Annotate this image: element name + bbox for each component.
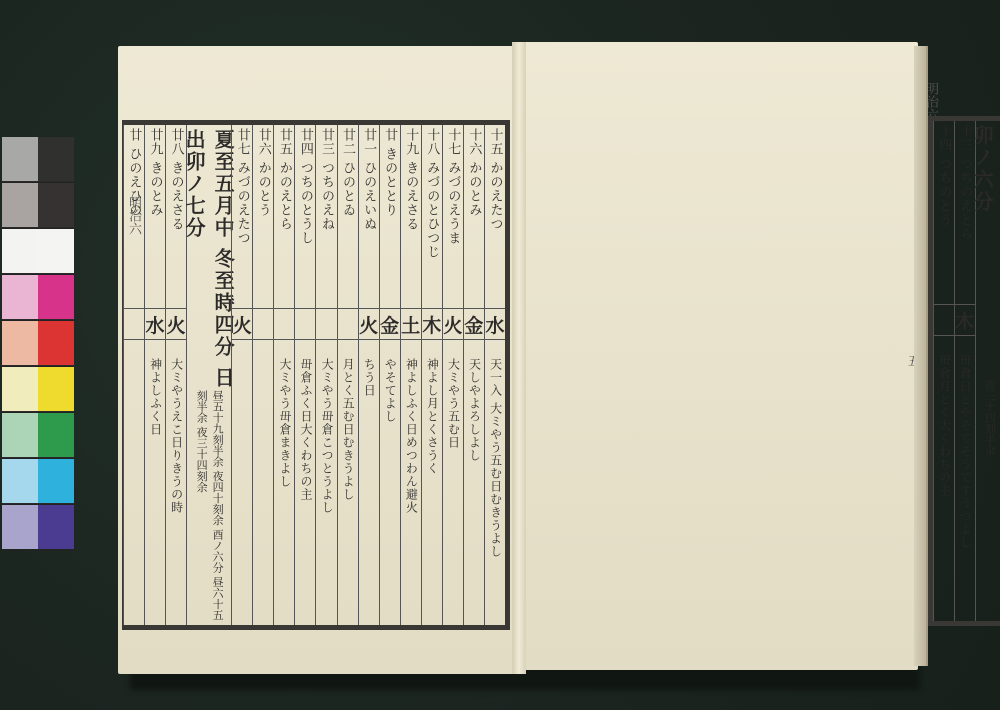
solar-term-column: 芒種五月廿ニ日暁時 日出卯ノ六分昼五十九刻半 夜四十刻半 酉ノ六分 昼六十五刻余… [975, 121, 1000, 621]
day-entry: 廿三 つちのえね [320, 125, 333, 308]
right-page: 明治六 五 五月大 建戊午 胃宿 心月ふう一 ひのえとら土毌倉めつわんつるとうく… [518, 42, 918, 670]
day-column: 廿 ひのえひの [123, 125, 144, 625]
day-column: 廿二 ひのとゐ月とく五む日むきうよし [337, 125, 358, 625]
page-edge [914, 46, 928, 666]
day-entry: 廿四 つちのとうし [299, 125, 312, 308]
day-column: 廿 きのととり金やそてよし [379, 125, 400, 625]
day-column: 廿一 ひのえいぬ火ちう日 [358, 125, 379, 625]
day-column: 十七 みづのえうま火大ミやう五む日 [442, 125, 463, 625]
day-column: 廿九 きのとみ水神よしふく日 [144, 125, 165, 625]
day-entry: 十五 かのえたつ [488, 125, 501, 308]
color-swatch [38, 367, 74, 411]
color-swatch-row [2, 229, 74, 275]
day-note: 天しやよろしよし [467, 340, 480, 462]
day-column: 十四 つちのとう毌倉月とく大くわちの主 [933, 121, 954, 621]
solar-term-title: 夏至五月中 冬至時四分 日出卯ノ七分 [180, 125, 238, 390]
element-marker: 金 [380, 308, 400, 340]
day-entry: 廿 きのととり [383, 125, 396, 308]
day-note: 月とく五む日むきうよし [341, 340, 354, 501]
left-page: 明治六 十五 かのえたつ水天一入 大ミやう五む日むきうよし十六 かのとみ金天しや… [118, 46, 518, 674]
color-swatch-row [2, 275, 74, 321]
day-entry: 十四 つちのとう [937, 121, 950, 304]
element-marker: 水 [485, 308, 505, 340]
element-marker: 金 [464, 308, 484, 340]
day-note: 大ミやう毌倉こつとうよし [320, 340, 333, 514]
day-column: 廿七 みづのえたつ火 [231, 125, 252, 625]
day-entry: 十七 みづのえうま [446, 125, 459, 308]
element-marker: 火 [359, 308, 379, 340]
color-swatch [2, 275, 38, 319]
element-marker [934, 304, 954, 336]
day-entry: 廿七 みづのえたつ [236, 125, 249, 308]
element-marker: 土 [401, 308, 421, 340]
day-column: 廿三 つちのえね大ミやう毌倉こつとうよし [315, 125, 336, 625]
element-marker [295, 308, 315, 340]
day-length-info: 昼五十九刻半余 夜四十刻余 酉ノ六分 昼六十五刻半余 夜三十四刻余 [193, 390, 225, 625]
color-swatch [2, 183, 38, 227]
color-swatch [38, 183, 74, 227]
right-page-grid: 五月大 建戊午 胃宿 心月ふう一 ひのえとら土毌倉めつわんつるとうくにまきは二 … [928, 116, 1000, 626]
solar-term-title: 芒種五月廿ニ日暁時 日出卯ノ六分 [968, 121, 1000, 379]
color-swatch [2, 229, 38, 273]
element-marker [124, 308, 144, 340]
color-swatch-row [2, 183, 74, 229]
color-swatch-row [2, 505, 74, 551]
day-entry: 十八 みづのとひつじ [425, 125, 438, 308]
color-swatch [38, 275, 74, 319]
day-entry: 十六 かのとみ [467, 125, 480, 308]
color-swatch [2, 413, 38, 457]
open-almanac-book: 明治六 十五 かのえたつ水天一入 大ミやう五む日むきうよし十六 かのとみ金天しや… [118, 42, 926, 682]
color-swatch [38, 137, 74, 181]
color-calibration-chart [2, 137, 74, 547]
solar-term-column: 夏至五月中 冬至時四分 日出卯ノ七分昼五十九刻半余 夜四十刻余 酉ノ六分 昼六十… [186, 125, 231, 625]
day-column: 廿六 かのとう [252, 125, 273, 625]
day-note: 毌倉ふく日大くわちの主 [299, 340, 312, 501]
element-marker: 火 [443, 308, 463, 340]
day-note: 天一入 大ミやう五む日むきうよし [488, 340, 501, 558]
day-note: 神よしふく日めつわん避火 [404, 340, 417, 514]
color-swatch [38, 321, 74, 365]
color-swatch-row [2, 321, 74, 367]
color-swatch [38, 413, 74, 457]
day-column: 廿四 つちのとうし毌倉ふく日大くわちの主 [294, 125, 315, 625]
day-entry: 廿六 かのとう [257, 125, 270, 308]
element-marker: 木 [422, 308, 442, 340]
day-note: 毌倉月とく大くわちの主 [937, 336, 950, 497]
day-entry: 廿五 かのえとら [278, 125, 291, 308]
color-swatch [38, 229, 74, 273]
left-page-grid: 十五 かのえたつ水天一入 大ミやう五む日むきうよし十六 かのとみ金天しやよろしよ… [122, 120, 510, 630]
day-column: 十九 きのえさる土神よしふく日めつわん避火 [400, 125, 421, 625]
element-marker [316, 308, 336, 340]
element-marker: 火 [232, 308, 252, 340]
day-entry: 廿一 ひのえいぬ [362, 125, 375, 308]
color-swatch-row [2, 413, 74, 459]
day-entry: 廿二 ひのとゐ [341, 125, 354, 308]
color-swatch-row [2, 137, 74, 183]
day-note: ちう日 [362, 340, 375, 397]
color-swatch [2, 367, 38, 411]
color-swatch [2, 459, 38, 503]
day-note: 神よしふく日 [148, 340, 161, 436]
element-marker [274, 308, 294, 340]
color-swatch-row [2, 459, 74, 505]
day-length-info: 昼五十九刻半 夜四十刻半 酉ノ六分 昼六十五刻余 夜三十四刻半余 [981, 379, 1000, 621]
day-entry: 廿九 きのとみ [148, 125, 161, 308]
day-note: 神よし月とくさうく [425, 340, 438, 475]
color-swatch [2, 137, 38, 181]
color-swatch [2, 505, 38, 549]
day-column: 十六 かのとみ金天しやよろしよし [463, 125, 484, 625]
day-column: 十五 かのえたつ水天一入 大ミやう五む日むきうよし [484, 125, 505, 625]
book-gutter [512, 42, 526, 674]
day-entry: 廿 ひのえひの [127, 125, 140, 308]
color-swatch-row [2, 367, 74, 413]
element-marker [253, 308, 273, 340]
day-entry: 十九 きのえさる [404, 125, 417, 308]
color-swatch [38, 505, 74, 549]
color-swatch [38, 459, 74, 503]
day-column: 十八 みづのとひつじ木神よし月とくさうく [421, 125, 442, 625]
element-marker: 水 [145, 308, 165, 340]
day-column: 廿五 かのえとら大ミやう毌倉まきよし [273, 125, 294, 625]
day-note: 大ミやう五む日 [446, 340, 459, 449]
color-swatch [2, 321, 38, 365]
day-note: 大ミやう毌倉まきよし [278, 340, 291, 488]
element-marker [338, 308, 358, 340]
day-note: やそてよし [383, 340, 396, 423]
